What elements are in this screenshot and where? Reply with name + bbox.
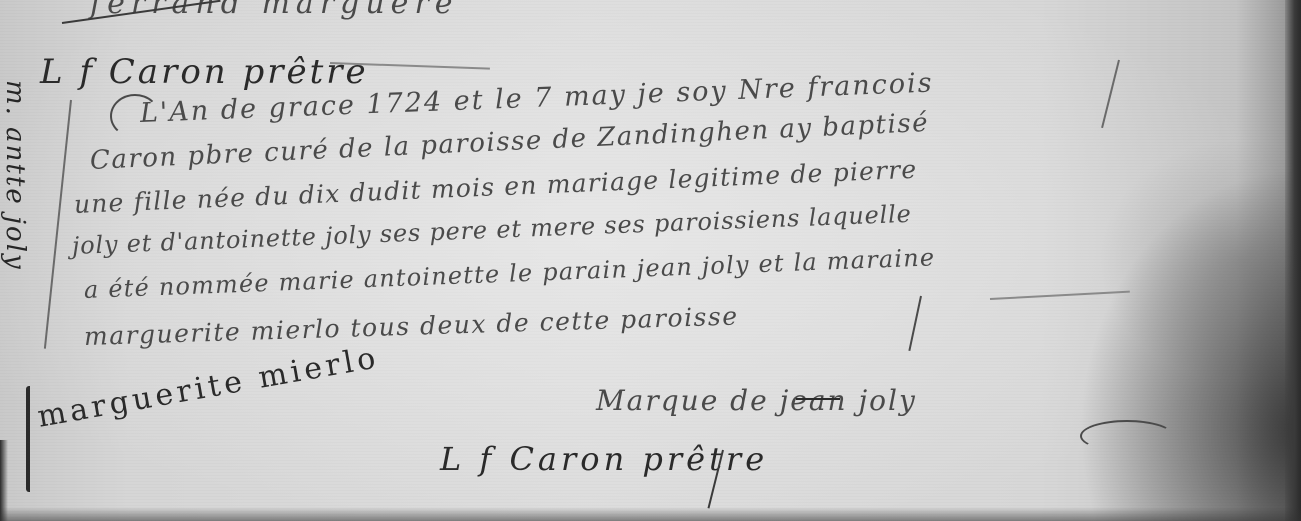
bracket-stroke bbox=[44, 100, 72, 349]
mark-cross-line bbox=[796, 398, 840, 400]
body-line-6: marguerite mierlo tous deux de cette par… bbox=[84, 301, 739, 351]
document-scan: m. antte joly ferrand marguere L f Caron… bbox=[0, 0, 1301, 521]
godfather-mark-label: Marque de jean joly bbox=[596, 384, 917, 417]
godmother-signature: marguerite mierlo bbox=[35, 340, 382, 435]
end-of-entry-line bbox=[990, 291, 1130, 300]
page-bottom-shadow bbox=[0, 507, 1301, 521]
descender-stroke bbox=[908, 296, 922, 351]
signature-flourish bbox=[1080, 420, 1174, 452]
previous-priest-signature: L f Caron prêtre bbox=[40, 52, 369, 92]
page-edge-shadow bbox=[1285, 0, 1301, 521]
descender-stroke bbox=[1101, 60, 1120, 128]
margin-note: m. antte joly bbox=[0, 80, 30, 271]
